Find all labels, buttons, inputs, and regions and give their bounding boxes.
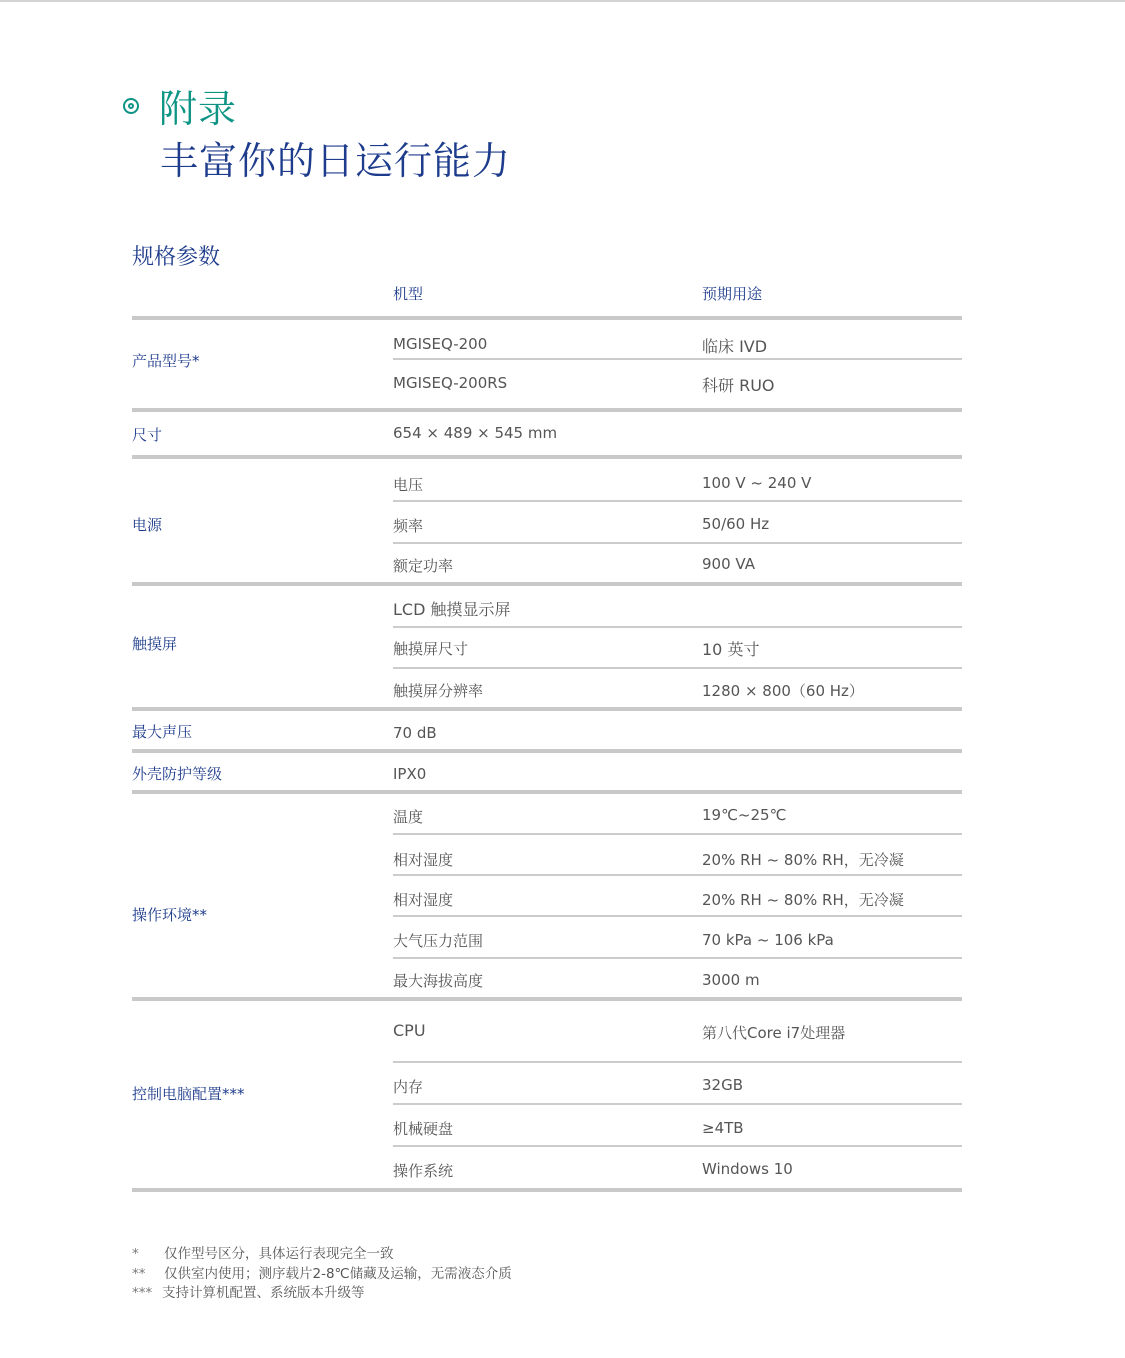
group-divider (132, 790, 962, 794)
table-cell: 电压 (393, 474, 423, 495)
footnote-text: 仅作型号区分，具体运行表现完全一致 (164, 1245, 394, 1265)
row-divider (393, 1103, 962, 1105)
row-divider (393, 1061, 962, 1063)
category-label: 操作环境** (132, 904, 207, 925)
table-cell: 654 × 489 × 545 mm (393, 424, 557, 442)
table-cell: 机械硬盘 (393, 1118, 453, 1139)
group-divider (132, 316, 962, 320)
section-title: 规格参数 (132, 240, 220, 271)
table-cell: 内存 (393, 1076, 423, 1097)
footnotes: * 仅作型号区分，具体运行表现完全一致 ** 仅供室内使用；测序载片2-8℃储藏… (132, 1245, 512, 1304)
table-cell: 70 kPa ~ 106 kPa (702, 931, 834, 949)
footnote-mark: *** (132, 1284, 162, 1304)
row-divider (393, 915, 962, 917)
table-cell: 3000 m (702, 971, 760, 989)
table-cell: 相对湿度 (393, 849, 453, 870)
table-bottom-border (132, 1188, 962, 1192)
row-divider (393, 957, 962, 959)
footnote-mark: ** (132, 1265, 164, 1285)
row-divider (393, 1145, 962, 1147)
category-label: 控制电脑配置*** (132, 1083, 245, 1104)
category-label: 外壳防护等级 (132, 763, 222, 784)
group-divider (132, 582, 962, 586)
table-cell: 1280 × 800（60 Hz） (702, 680, 864, 701)
table-cell: 10 英寸 (702, 637, 759, 660)
table-cell: 20% RH ~ 80% RH，无冷凝 (702, 849, 904, 870)
table-cell: 20% RH ~ 80% RH，无冷凝 (702, 889, 904, 910)
table-cell: 温度 (393, 806, 423, 827)
table-cell: MGISEQ-200 (393, 335, 487, 353)
category-label: 触摸屏 (132, 633, 177, 654)
footnote: ** 仅供室内使用；测序载片2-8℃储藏及运输，无需液态介质 (132, 1265, 512, 1285)
group-divider (132, 997, 962, 1001)
group-divider (132, 455, 962, 459)
table-cell: 频率 (393, 515, 423, 536)
row-divider (393, 667, 962, 669)
group-divider (132, 749, 962, 753)
row-divider (393, 833, 962, 835)
table-cell: 操作系统 (393, 1160, 453, 1181)
appendix-label: 附录 (159, 78, 237, 133)
page-title: 丰富你的日运行能力 (160, 130, 511, 185)
table-cell: 触摸屏尺寸 (393, 638, 468, 659)
table-cell: 100 V ~ 240 V (702, 474, 811, 492)
column-header-model: 机型 (393, 283, 423, 304)
footnote-text: 支持计算机配置、系统版本升级等 (162, 1284, 365, 1304)
row-divider (393, 874, 962, 876)
table-cell: 大气压力范围 (393, 930, 483, 951)
table-cell: 第八代Core i7处理器 (702, 1022, 845, 1043)
bullseye-icon (123, 98, 139, 114)
row-divider (393, 542, 962, 544)
table-cell: 相对湿度 (393, 889, 453, 910)
group-divider (132, 707, 962, 711)
category-label: 电源 (132, 514, 162, 535)
category-label: 产品型号* (132, 350, 200, 371)
table-cell: 科研 RUO (702, 373, 775, 396)
table-cell: 50/60 Hz (702, 515, 769, 533)
table-cell: CPU (393, 1021, 426, 1040)
table-cell: 32GB (702, 1076, 743, 1094)
table-cell: 最大海拔高度 (393, 970, 483, 991)
table-cell: LCD 触摸显示屏 (393, 597, 511, 620)
row-divider (393, 626, 962, 628)
table-cell: 额定功率 (393, 555, 453, 576)
top-border (0, 0, 1125, 2)
table-cell: MGISEQ-200RS (393, 374, 507, 392)
table-cell: ≥4TB (702, 1119, 744, 1137)
table-cell: Windows 10 (702, 1160, 793, 1178)
category-label: 尺寸 (132, 424, 162, 445)
table-cell: 900 VA (702, 555, 755, 573)
footnote: * 仅作型号区分，具体运行表现完全一致 (132, 1245, 512, 1265)
table-cell: IPX0 (393, 765, 426, 783)
table-cell: 临床 IVD (702, 334, 767, 357)
category-label: 最大声压 (132, 721, 192, 742)
footnote-text: 仅供室内使用；测序载片2-8℃储藏及运输，无需液态介质 (164, 1265, 512, 1285)
table-cell: 触摸屏分辨率 (393, 680, 483, 701)
table-cell: 70 dB (393, 724, 437, 742)
column-header-usage: 预期用途 (702, 283, 762, 304)
hero-heading: 附录 丰富你的日运行能力 (120, 82, 511, 185)
footnote: *** 支持计算机配置、系统版本升级等 (132, 1284, 512, 1304)
group-divider (132, 408, 962, 412)
footnote-mark: * (132, 1245, 164, 1265)
row-divider (393, 358, 962, 360)
table-cell: 19℃~25℃ (702, 806, 786, 824)
row-divider (393, 500, 962, 502)
